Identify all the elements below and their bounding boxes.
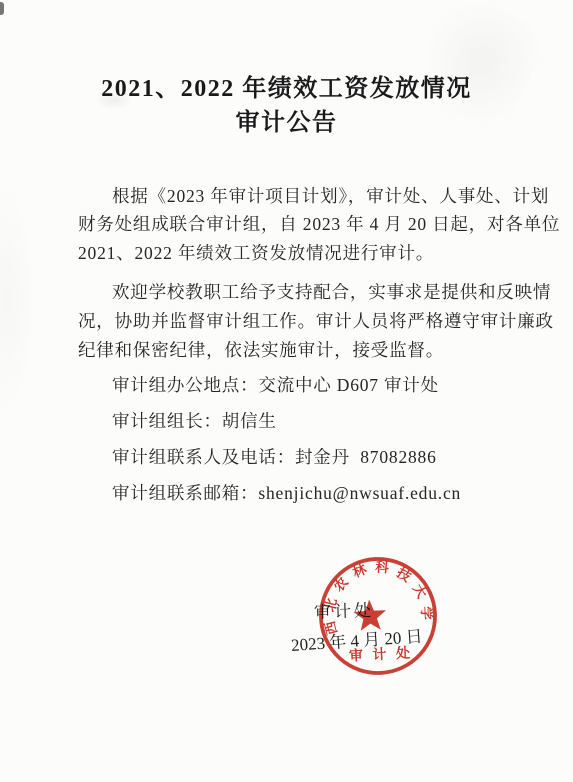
paragraph-2-line-2: 况，协助并监督审计组工作。审计人员将严格遵守审计廉政 bbox=[78, 308, 554, 333]
paragraph-1-line-1: 根据《2023 年审计项目计划》，审计处、人事处、计划 bbox=[112, 183, 549, 208]
paragraph-1-line-3: 2021、2022 年绩效工资发放情况进行审计。 bbox=[78, 240, 434, 265]
paragraph-2-line-1: 欢迎学校教职工给予支持配合，实事求是提供和反映情 bbox=[112, 279, 551, 304]
audit-contact-phone-line: 审计组联系人及电话：封金丹 87082886 bbox=[112, 444, 437, 469]
document-title-line-1: 2021、2022 年绩效工资发放情况 bbox=[0, 68, 573, 103]
paragraph-2-line-3: 纪律和保密纪律，依法实施审计，接受监督。 bbox=[78, 337, 444, 362]
seal-bottom-text: 审 计 处 bbox=[349, 644, 414, 664]
official-seal: 西北农林科技大学 审 计 处 bbox=[304, 542, 451, 689]
star-icon bbox=[353, 599, 387, 631]
document-page: 2021、2022 年绩效工资发放情况 审计公告 根据《2023 年审计项目计划… bbox=[0, 0, 573, 782]
official-seal-graphic: 西北农林科技大学 审 计 处 bbox=[304, 542, 451, 689]
document-title-line-2: 审计公告 bbox=[0, 102, 573, 137]
scan-artifact-corner bbox=[0, 2, 4, 15]
paragraph-1-line-2: 财务处组成联合审计组，自 2023 年 4 月 20 日起，对各单位 bbox=[78, 211, 560, 236]
audit-office-location-line: 审计组办公地点：交流中心 D607 审计处 bbox=[112, 372, 439, 397]
scan-smudge bbox=[0, 190, 34, 410]
audit-group-leader-line: 审计组组长：胡信生 bbox=[112, 408, 277, 433]
audit-contact-email-line: 审计组联系邮箱：shenjichu@nwsuaf.edu.cn bbox=[112, 480, 461, 505]
